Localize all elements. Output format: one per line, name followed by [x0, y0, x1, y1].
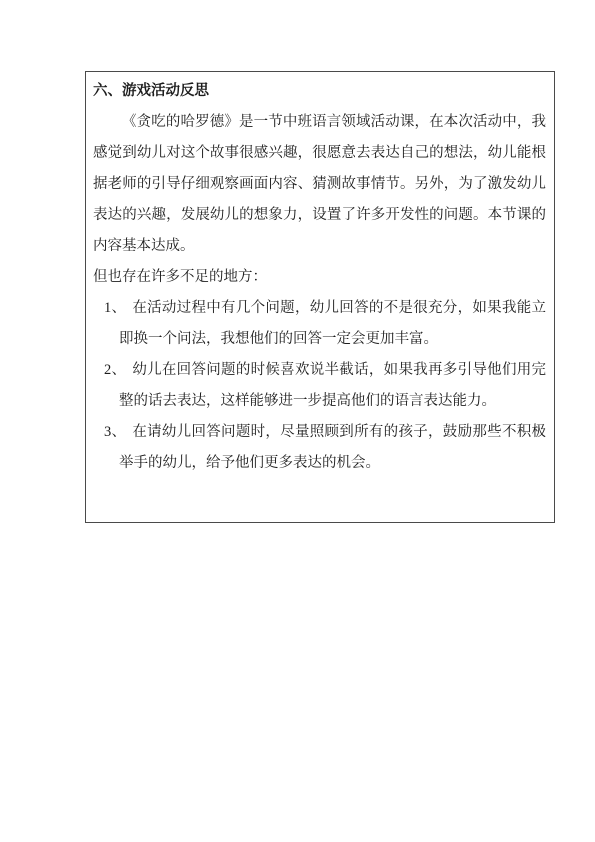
shortcoming-item-1: 1、在活动过程中有几个问题，幼儿回答的不是很充分，如果我能立即换一个问法，我想他… — [93, 293, 546, 355]
shortcomings-list: 1、在活动过程中有几个问题，幼儿回答的不是很充分，如果我能立即换一个问法，我想他… — [93, 293, 546, 479]
reflection-table-cell: 六、游戏活动反思 《贪吃的哈罗德》是一节中班语言领域活动课，在本次活动中，我感觉… — [85, 71, 555, 523]
shortcoming-item-2: 2、幼儿在回答问题的时候喜欢说半截话，如果我再多引导他们用完整的话去表达，这样能… — [93, 355, 546, 417]
item-1-text: 在活动过程中有几个问题，幼儿回答的不是很充分，如果我能立即换一个问法，我想他们的… — [119, 300, 546, 347]
item-2-number: 2、 — [104, 362, 126, 378]
item-3-number: 3、 — [104, 424, 126, 440]
section-heading: 六、游戏活动反思 — [93, 76, 546, 107]
shortcoming-item-3: 3、在请幼儿回答问题时，尽量照顾到所有的孩子，鼓励那些不积极举手的幼儿，给予他们… — [93, 417, 546, 479]
intro-paragraph: 《贪吃的哈罗德》是一节中班语言领域活动课，在本次活动中，我感觉到幼儿对这个故事很… — [93, 107, 546, 262]
shortcomings-lead: 但也存在许多不足的地方： — [93, 262, 546, 293]
item-2-text: 幼儿在回答问题的时候喜欢说半截话，如果我再多引导他们用完整的话去表达，这样能够进… — [119, 362, 546, 409]
item-1-number: 1、 — [104, 300, 126, 316]
document-page: 六、游戏活动反思 《贪吃的哈罗德》是一节中班语言领域活动课，在本次活动中，我感觉… — [0, 0, 595, 842]
item-3-text: 在请幼儿回答问题时，尽量照顾到所有的孩子，鼓励那些不积极举手的幼儿，给予他们更多… — [119, 424, 546, 471]
